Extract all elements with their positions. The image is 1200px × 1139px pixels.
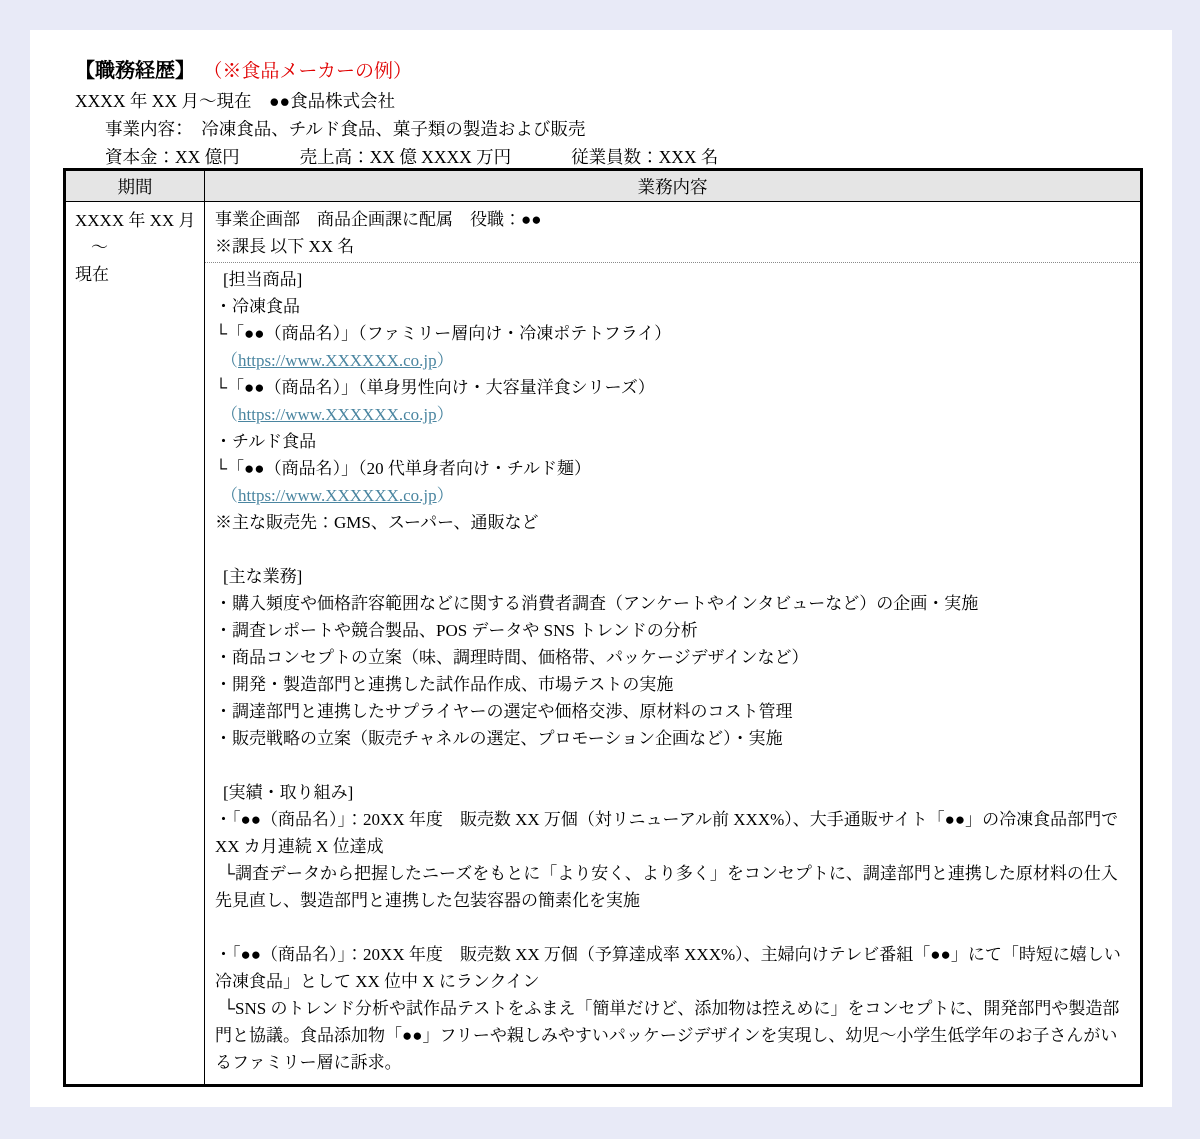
company-figures-line: 資本金：XX 億円 売上高：XX 億 XXXX 万円 従業員数：XXX 名 [75,143,1172,171]
duty-line: ・調達部門と連携したサプライヤーの選定や価格交渉、原材料のコスト管理 [215,698,1128,725]
blank-line [215,914,1128,941]
paren-open: （ [221,351,238,370]
product-url-line: （https://www.XXXXXX.co.jp） [215,401,1128,428]
table-body-row: XXXX 年 XX 月 〜 現在 事業企画部 商品企画課に配属 役職：●● ※課… [65,202,1142,1086]
blank-line [215,536,1128,563]
product-url-link[interactable]: https://www.XXXXXX.co.jp [238,486,437,505]
duty-line: ・チルド食品 [215,428,1128,455]
paren-open: （ [221,486,238,505]
period-end: 現在 [75,261,200,288]
paren-close: ） [437,405,454,424]
duty-line: ・販売戦略の立案（販売チャネルの選定、プロモーション企画など）・実施 [215,725,1128,752]
blank-line [215,752,1128,779]
duty-line: ・開発・製造部門と連携した試作品作成、市場テストの実施 [215,671,1128,698]
period-column-header: 期間 [65,170,205,202]
duty-line: ・「●●（商品名）」：20XX 年度 販売数 XX 万個（予算達成率 XXX%）… [215,941,1128,995]
table-header-row: 期間 業務内容 [65,170,1142,202]
doc-title: 【職務経歴】 [75,60,195,82]
duties-lines: [担当商品]・冷凍食品└「●●（商品名）」（ファミリー層向け・冷凍ポテトフライ）… [205,263,1140,1084]
company-employees: 従業員数：XXX 名 [571,143,718,171]
work-history-table: 期間 業務内容 XXXX 年 XX 月 〜 現在 事業企画部 商品企画課に配属 … [63,168,1143,1087]
product-url-link[interactable]: https://www.XXXXXX.co.jp [238,405,437,424]
duty-line: ・商品コンセプトの立案（味、調理時間、価格帯、パッケージデザインなど） [215,644,1128,671]
assignment-line: 事業企画部 商品企画課に配属 役職：●● [215,206,1130,233]
product-url-line: （https://www.XXXXXX.co.jp） [215,482,1128,509]
company-business-line: 事業内容： 冷凍食品、チルド食品、菓子類の製造および販売 [75,115,1172,143]
document-card: 【職務経歴】 （※食品メーカーの例） XXXX 年 XX 月〜現在 ●●食品株式… [30,30,1172,1107]
assignment-note-line: ※課長 以下 XX 名 [215,233,1130,260]
title-line: 【職務経歴】 （※食品メーカーの例） [75,56,1172,87]
assignment-block: 事業企画部 商品企画課に配属 役職：●● ※課長 以下 XX 名 [205,202,1140,263]
duty-line: ・「●●（商品名）」：20XX 年度 販売数 XX 万個（対リニューアル前 XX… [215,806,1128,860]
period-start: XXXX 年 XX 月 [75,207,200,234]
duty-line: ※主な販売先：GMS、スーパー、通販など [215,509,1128,536]
duty-line: └「●●（商品名）」（ファミリー層向け・冷凍ポテトフライ） [215,320,1128,347]
paren-close: ） [437,486,454,505]
document-header: 【職務経歴】 （※食品メーカーの例） XXXX 年 XX 月〜現在 ●●食品株式… [30,30,1172,171]
paren-open: （ [221,405,238,424]
duty-line: └「●●（商品名）」（20 代単身者向け・チルド麺） [215,455,1128,482]
section-heading: [実績・取り組み] [215,779,1128,806]
duty-line: └調査データから把握したニーズをもとに「より安く、より多く」をコンセプトに、調達… [215,860,1128,914]
doc-title-note: （※食品メーカーの例） [203,61,412,82]
duty-line: ・冷凍食品 [215,293,1128,320]
paren-close: ） [437,351,454,370]
period-cell: XXXX 年 XX 月 〜 現在 [65,202,205,1086]
section-heading: [主な業務] [215,563,1128,590]
company-sales: 売上高：XX 億 XXXX 万円 [300,143,511,171]
duties-column-header: 業務内容 [205,170,1142,202]
product-url-line: （https://www.XXXXXX.co.jp） [215,347,1128,374]
product-url-link[interactable]: https://www.XXXXXX.co.jp [238,351,437,370]
section-heading: [担当商品] [215,266,1128,293]
duty-line: ・調査レポートや競合製品、POS データや SNS トレンドの分析 [215,617,1128,644]
duties-cell: 事業企画部 商品企画課に配属 役職：●● ※課長 以下 XX 名 [担当商品]・… [205,202,1142,1086]
duty-line: └「●●（商品名）」（単身男性向け・大容量洋食シリーズ） [215,374,1128,401]
duty-line: ・購入頻度や価格許容範囲などに関する消費者調査（アンケートやインタビューなど）の… [215,590,1128,617]
company-period-line: XXXX 年 XX 月〜現在 ●●食品株式会社 [75,87,1172,115]
period-tilde: 〜 [75,234,200,261]
company-capital: 資本金：XX 億円 [105,143,240,171]
duty-line: └SNS のトレンド分析や試作品テストをふまえ「簡単だけど、添加物は控えめに」を… [215,995,1128,1076]
